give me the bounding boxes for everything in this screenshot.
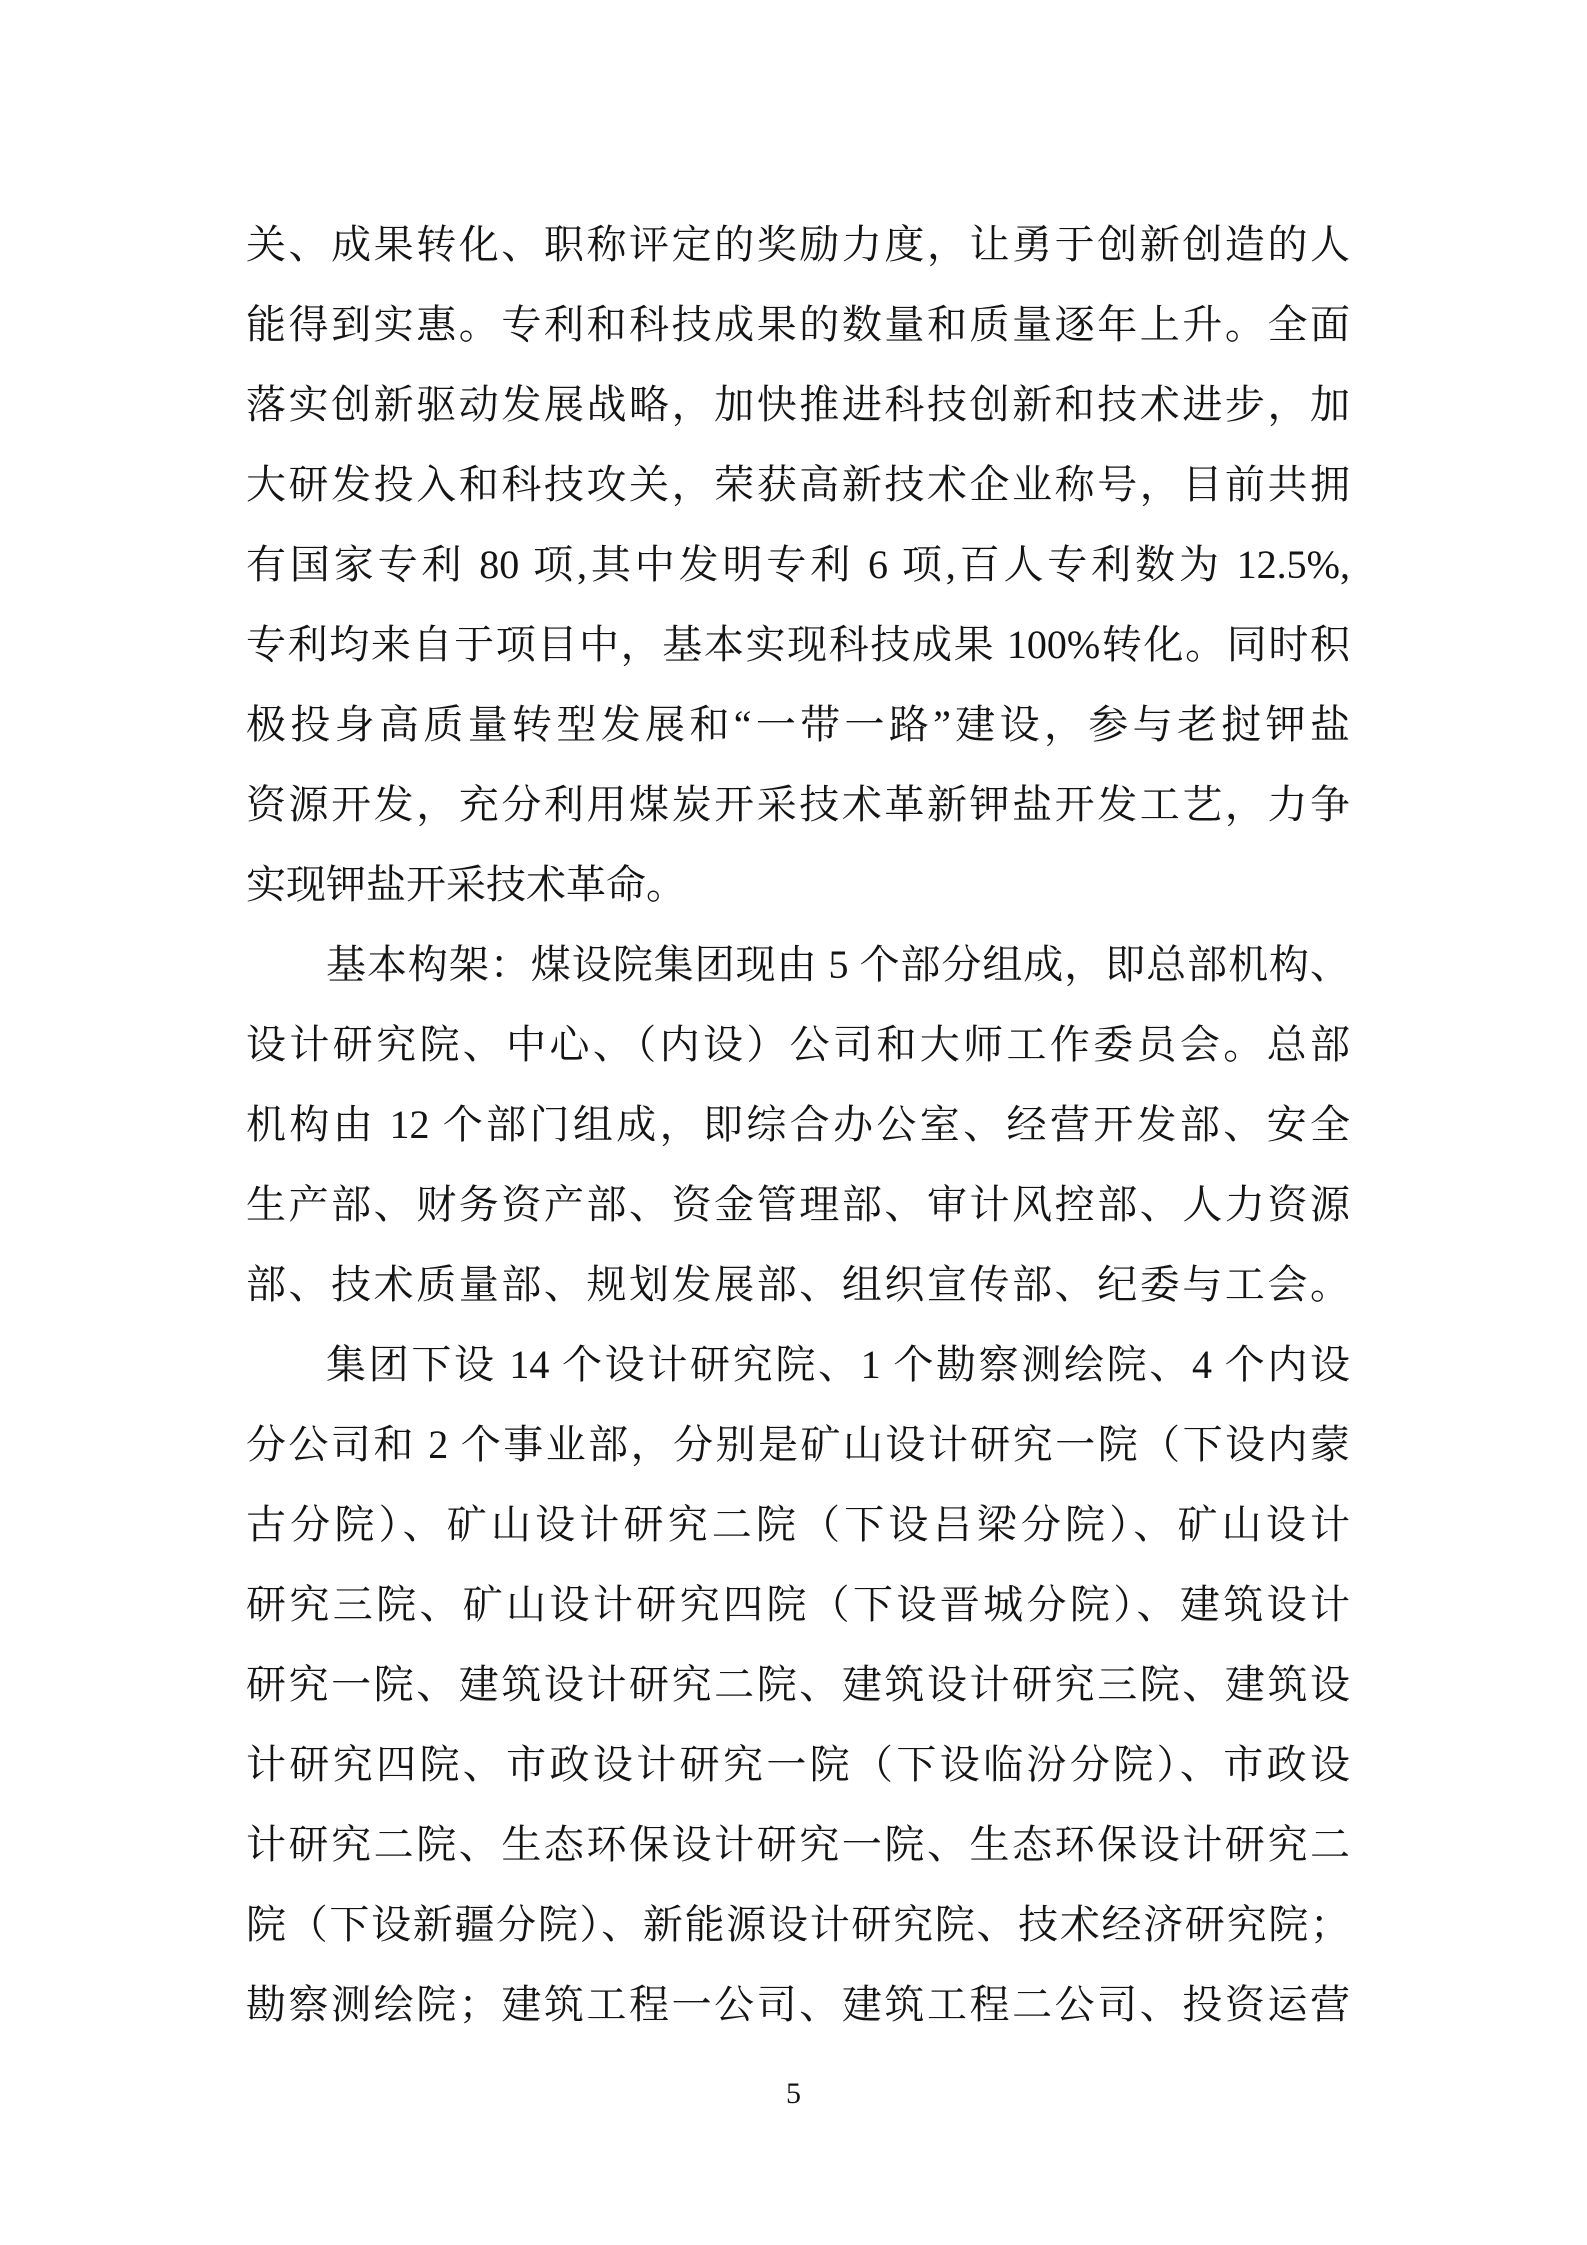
text-line: 基本构架：煤设院集团现由 5 个部分组成，即总部机构、 — [246, 925, 1350, 1005]
text-line: 落实创新驱动发展战略，加快推进科技创新和技术进步，加 — [246, 365, 1350, 445]
text-line: 专利均来自于项目中，基本实现科技成果 100%转化。同时积 — [246, 605, 1350, 685]
text-line: 极投身高质量转型发展和“一带一路”建设，参与老挝钾盐 — [246, 685, 1350, 765]
text-line: 勘察测绘院；建筑工程一公司、建筑工程二公司、投资运营 — [246, 1965, 1350, 2045]
document-page: 关、成果转化、职称评定的奖励力度，让勇于创新创造的人 能得到实惠。专利和科技成果… — [0, 0, 1587, 2245]
text-line: 研究一院、建筑设计研究二院、建筑设计研究三院、建筑设 — [246, 1645, 1350, 1725]
text-line: 机构由 12 个部门组成，即综合办公室、经营开发部、安全 — [246, 1085, 1350, 1165]
text-line: 关、成果转化、职称评定的奖励力度，让勇于创新创造的人 — [246, 205, 1350, 285]
text-line: 能得到实惠。专利和科技成果的数量和质量逐年上升。全面 — [246, 285, 1350, 365]
text-line: 计研究二院、生态环保设计研究一院、生态环保设计研究二 — [246, 1805, 1350, 1885]
text-line: 大研发投入和科技攻关，荣获高新技术企业称号，目前共拥 — [246, 445, 1350, 525]
document-text-block: 关、成果转化、职称评定的奖励力度，让勇于创新创造的人 能得到实惠。专利和科技成果… — [246, 205, 1350, 2045]
text-line: 古分院）、矿山设计研究二院（下设吕梁分院）、矿山设计 — [246, 1485, 1350, 1565]
text-line: 研究三院、矿山设计研究四院（下设晋城分院）、建筑设计 — [246, 1565, 1350, 1645]
text-line: 院（下设新疆分院）、新能源设计研究院、技术经济研究院； — [246, 1885, 1350, 1965]
text-line: 分公司和 2 个事业部，分别是矿山设计研究一院（下设内蒙 — [246, 1405, 1350, 1485]
text-line: 有国家专利 80 项,其中发明专利 6 项,百人专利数为 12.5%, — [246, 525, 1350, 605]
text-line: 实现钾盐开采技术革命。 — [246, 845, 1350, 925]
page-number: 5 — [0, 2072, 1587, 2116]
text-line: 部、技术质量部、规划发展部、组织宣传部、纪委与工会。 — [246, 1245, 1350, 1325]
text-line: 生产部、财务资产部、资金管理部、审计风控部、人力资源 — [246, 1165, 1350, 1245]
text-line: 计研究四院、市政设计研究一院（下设临汾分院）、市政设 — [246, 1725, 1350, 1805]
text-line: 资源开发，充分利用煤炭开采技术革新钾盐开发工艺，力争 — [246, 765, 1350, 845]
text-line: 集团下设 14 个设计研究院、1 个勘察测绘院、4 个内设 — [246, 1325, 1350, 1405]
text-line: 设计研究院、中心、（内设）公司和大师工作委员会。总部 — [246, 1005, 1350, 1085]
